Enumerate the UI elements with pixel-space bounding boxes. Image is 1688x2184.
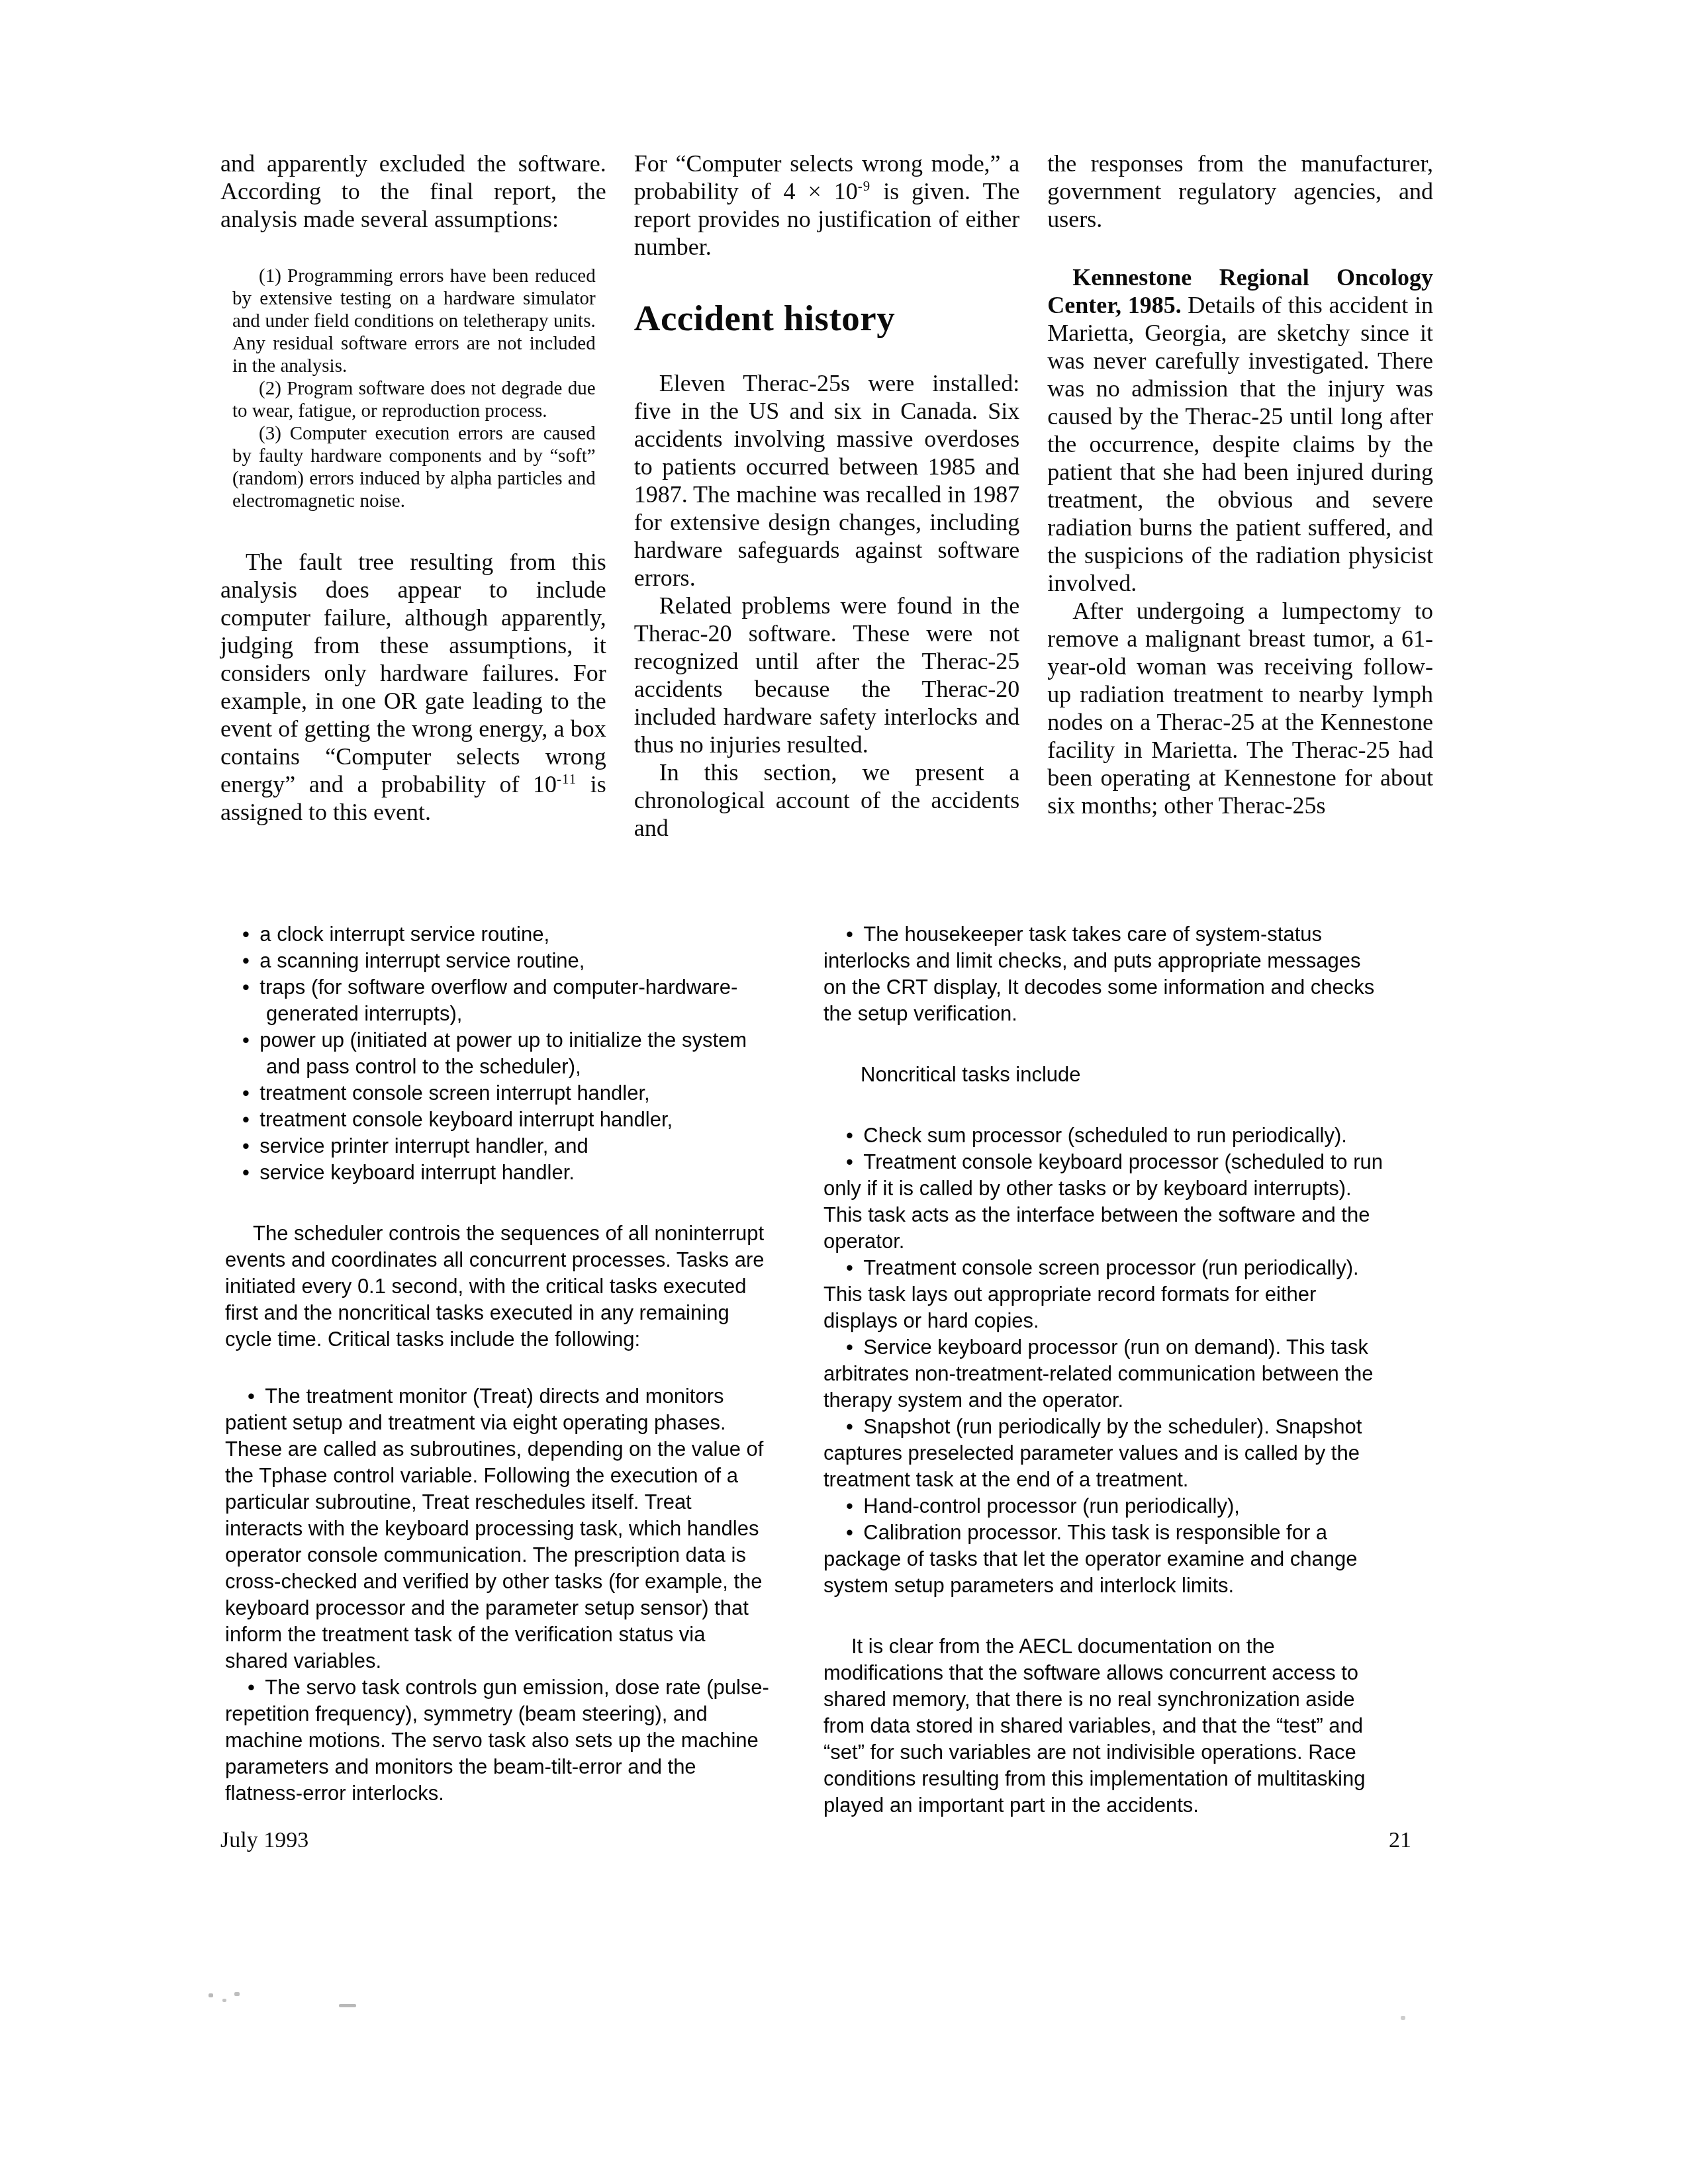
fault-tree-paragraph: The fault tree resulting from this analy… bbox=[220, 548, 606, 826]
column-3: the responses from the manufacturer, gov… bbox=[1047, 150, 1433, 842]
paragraph: After undergoing a lumpectomy to remove … bbox=[1047, 597, 1433, 819]
interrupt-routine-list: a clock interrupt service routine, a sca… bbox=[225, 921, 773, 1186]
task-list-section: a clock interrupt service routine, a sca… bbox=[225, 921, 1385, 1819]
noncritical-task-list: Check sum processor (scheduled to run pe… bbox=[823, 1122, 1385, 1599]
tasks-column-left: a clock interrupt service routine, a sca… bbox=[225, 921, 773, 1819]
list-item-treatment-monitor: The treatment monitor (Treat) directs an… bbox=[225, 1383, 773, 1674]
paragraph: Related problems were found in the Thera… bbox=[634, 592, 1020, 758]
list-item: Service keyboard processor (run on deman… bbox=[823, 1334, 1385, 1414]
noncritical-intro-line: Noncritical tasks include bbox=[823, 1062, 1385, 1088]
section-heading-accident-history: Accident history bbox=[634, 299, 1020, 338]
paragraph-text: The fault tree resulting from this analy… bbox=[220, 549, 606, 797]
list-item: power up (initiated at power up to initi… bbox=[225, 1027, 773, 1080]
list-item: Snapshot (run periodically by the schedu… bbox=[823, 1414, 1385, 1493]
three-column-text-section: and apparently excluded the software. Ac… bbox=[220, 150, 1433, 842]
list-item: traps (for software overflow and compute… bbox=[225, 974, 773, 1027]
paragraph-continuation: and apparently excluded the software. Ac… bbox=[220, 150, 606, 233]
paragraph-continuation: the responses from the manufacturer, gov… bbox=[1047, 150, 1433, 233]
paragraph: Eleven Therac-25s were installed: five i… bbox=[634, 369, 1020, 592]
list-item: Treatment console keyboard processor (sc… bbox=[823, 1149, 1385, 1255]
column-1: and apparently excluded the software. Ac… bbox=[220, 150, 606, 842]
assumptions-list: (1) Programming errors have been reduced… bbox=[232, 265, 596, 512]
critical-task-list: The treatment monitor (Treat) directs an… bbox=[225, 1383, 773, 1807]
kennestone-paragraph: Kennestone Regional Oncology Center, 198… bbox=[1047, 263, 1433, 597]
column-2: For “Computer selects wrong mode,” a pro… bbox=[634, 150, 1020, 842]
assumption-item-2: (2) Program software does not degrade du… bbox=[232, 377, 596, 422]
list-item: a scanning interrupt service routine, bbox=[225, 948, 773, 974]
scheduler-paragraph: The scheduler controis the sequences of … bbox=[225, 1220, 773, 1353]
paragraph-text: Details of this accident in Marietta, Ge… bbox=[1047, 292, 1433, 596]
list-item: Hand-control processor (run periodically… bbox=[823, 1493, 1385, 1520]
tasks-column-right: The housekeeper task takes care of syste… bbox=[823, 921, 1385, 1819]
paragraph: In this section, we present a chronologi… bbox=[634, 758, 1020, 842]
list-item: treatment console keyboard interrupt han… bbox=[225, 1107, 773, 1133]
footer-issue-date: July 1993 bbox=[220, 1828, 308, 1853]
assumption-item-1: (1) Programming errors have been reduced… bbox=[232, 265, 596, 377]
list-item: Calibration processor. This task is resp… bbox=[823, 1520, 1385, 1599]
assumption-item-3: (3) Computer execution errors are caused… bbox=[232, 422, 596, 512]
list-item: service keyboard interrupt handler. bbox=[225, 1160, 773, 1186]
list-item: treatment console screen interrupt handl… bbox=[225, 1080, 773, 1107]
scanned-paper-page: and apparently excluded the software. Ac… bbox=[0, 0, 1688, 2184]
scan-artifact bbox=[222, 1999, 226, 2002]
scan-artifact bbox=[209, 1993, 213, 1997]
scan-artifact bbox=[1401, 2016, 1405, 2020]
scan-artifact bbox=[234, 1992, 240, 1996]
list-item-servo-task: The servo task controls gun emission, do… bbox=[225, 1674, 773, 1807]
aecl-paragraph: It is clear from the AECL documentation … bbox=[823, 1633, 1385, 1819]
list-item: Treatment console screen processor (run … bbox=[823, 1255, 1385, 1334]
scan-artifact bbox=[339, 2004, 356, 2007]
list-item: service printer interrupt handler, and bbox=[225, 1133, 773, 1160]
footer-page-number: 21 bbox=[1389, 1828, 1411, 1853]
paragraph-continuation: For “Computer selects wrong mode,” a pro… bbox=[634, 150, 1020, 261]
housekeeper-task-list: The housekeeper task takes care of syste… bbox=[823, 921, 1385, 1027]
superscript-exponent: -9 bbox=[858, 178, 870, 194]
superscript-exponent: -11 bbox=[557, 771, 577, 787]
list-item: a clock interrupt service routine, bbox=[225, 921, 773, 948]
list-item: Check sum processor (scheduled to run pe… bbox=[823, 1122, 1385, 1149]
list-item-housekeeper: The housekeeper task takes care of syste… bbox=[823, 921, 1385, 1027]
